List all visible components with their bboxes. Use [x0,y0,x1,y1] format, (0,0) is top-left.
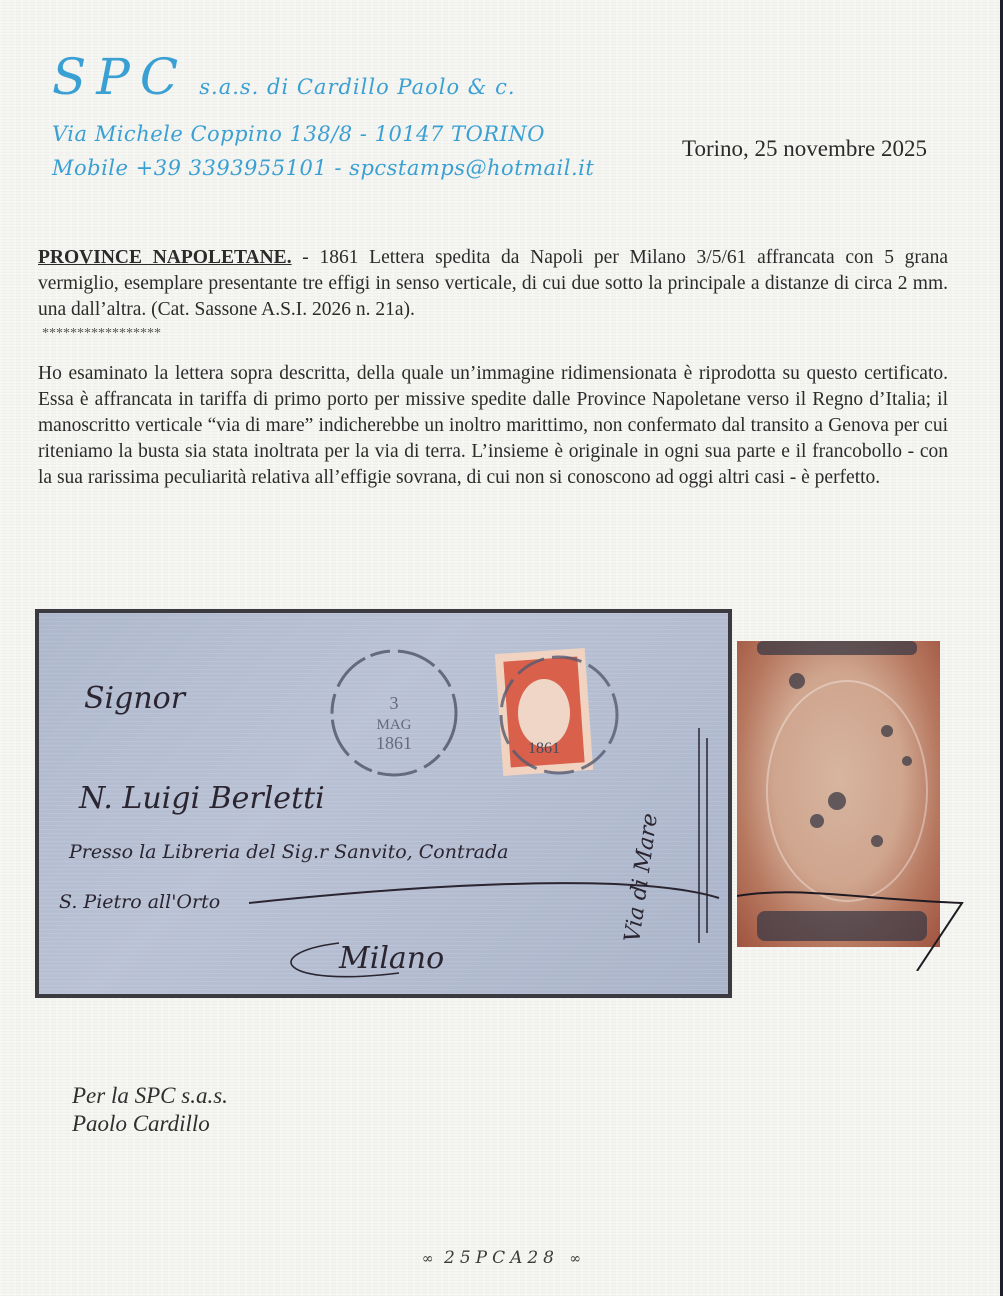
item-description: PROVINCE NAPOLETANE. - 1861 Lettera sped… [38,245,948,323]
svg-text:1861: 1861 [376,733,412,753]
company-name: s.a.s. di Cardillo Paolo & c. [199,75,515,99]
ornament-icon: ∞ [422,1251,434,1267]
address-line: Presso la Libreria del Sig.r Sanvito, Co… [68,841,508,863]
description-heading: PROVINCE NAPOLETANE. [38,247,292,268]
svg-text:3: 3 [390,693,399,713]
address-line: S. Pietro all'Orto [59,891,220,913]
signature-block: Per la SPC s.a.s. Paolo Cardillo [72,1082,228,1138]
letterhead: SPC s.a.s. di Cardillo Paolo & c. Via Mi… [52,52,594,185]
address-line: Milano [338,941,444,976]
ornament-icon: ∞ [569,1251,581,1267]
certificate-date: Torino, 25 novembre 2025 [682,136,927,162]
company-contact: Mobile +39 3393955101 - spcstamps@hotmai… [52,151,594,185]
brand-logo: SPC [52,52,188,102]
address-line: N. Luigi Berletti [78,781,325,816]
envelope-image: 3 MAG 1861 1861 Signor N. Luigi Berletti… [35,609,732,998]
address-line: Signor [84,681,187,716]
expert-opinion: Ho esaminato la lettera sopra descritta,… [38,361,948,491]
signature-company: Per la SPC s.a.s. [72,1082,228,1110]
company-address: Via Michele Coppino 138/8 - 10147 TORINO [52,117,594,151]
svg-text:MAG: MAG [376,717,411,733]
serial-code: 25PCA28 [444,1248,559,1268]
separator: ***************** [42,326,161,342]
stamp-enlargement [737,641,940,947]
signature-name: Paolo Cardillo [72,1110,228,1138]
certificate-serial: ∞ 25PCA28 ∞ [0,1248,1003,1268]
svg-text:1861: 1861 [528,740,560,757]
